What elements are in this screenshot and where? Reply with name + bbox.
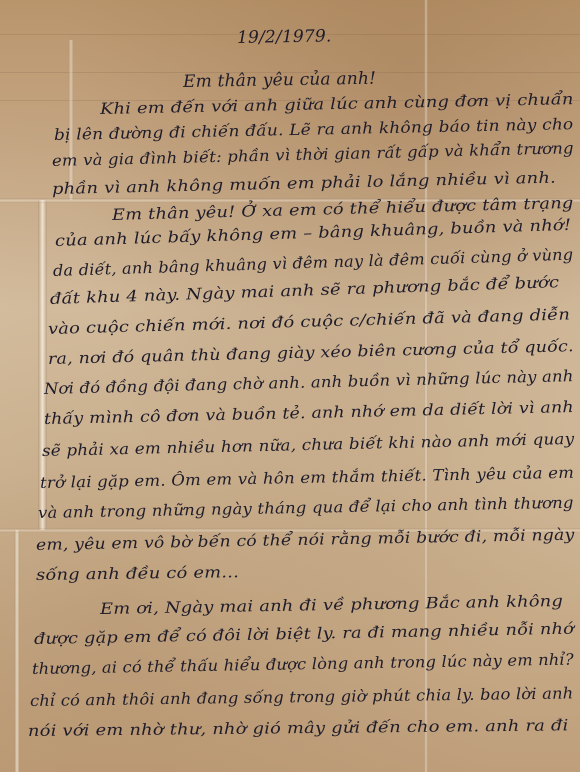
letter-line: được gặp em để có đôi lời biệt ly. ra đi… <box>34 620 574 648</box>
letter-line: chỉ có anh thôi anh đang sống trong giờ … <box>30 684 574 710</box>
letter-line: và anh trong những ngày tháng qua để lại… <box>38 494 574 522</box>
letter-line: phần vì anh không muốn em phải lo lắng n… <box>52 169 556 198</box>
letter-line: Nơi đó đồng đội đang chờ anh. anh buồn v… <box>44 367 574 398</box>
letter-line: nói với em nhờ thư, nhờ gió mây gửi đến … <box>28 716 569 740</box>
fold-crease <box>68 40 74 200</box>
letter-line: em và gia đình biết: phần vì thời gian r… <box>52 139 574 170</box>
letter-line: đất khu 4 này. Ngày mai anh sẽ ra phương… <box>50 273 560 308</box>
letter-line: thương, ai có thể thấu hiểu được lòng an… <box>32 651 574 678</box>
letter-line: thấy mình cô đơn và buồn tẻ. anh nhớ em … <box>44 398 574 428</box>
letter-line: ra, nơi đó quân thù đang giày xéo biên c… <box>48 337 574 368</box>
letter-line: sẽ phải xa em nhiều hơn nữa, chưa biết k… <box>42 430 575 460</box>
letter-line: bị lên đường đi chiến đấu. Lẽ ra anh khô… <box>54 115 574 144</box>
letter-line: Khi em đến với anh giữa lúc anh cùng đơn… <box>100 90 574 118</box>
letter-line: Em ơi, Ngày mai anh đi về phương Bắc anh… <box>100 592 563 618</box>
letter-line: trở lại gặp em. Ôm em và hôn em thắm thi… <box>40 464 574 492</box>
fold-crease <box>14 530 20 772</box>
letter-line: sống anh đều có em... <box>36 563 239 584</box>
letter-date: 19/2/1979. <box>237 26 332 48</box>
letter-line: vào cuộc chiến mới. nơi đó cuộc c/chiến … <box>48 305 571 338</box>
letter-salutation: Em thân yêu của anh! <box>183 69 376 92</box>
letter-paper: 19/2/1979. Em thân yêu của anh! Khi em đ… <box>0 0 580 772</box>
